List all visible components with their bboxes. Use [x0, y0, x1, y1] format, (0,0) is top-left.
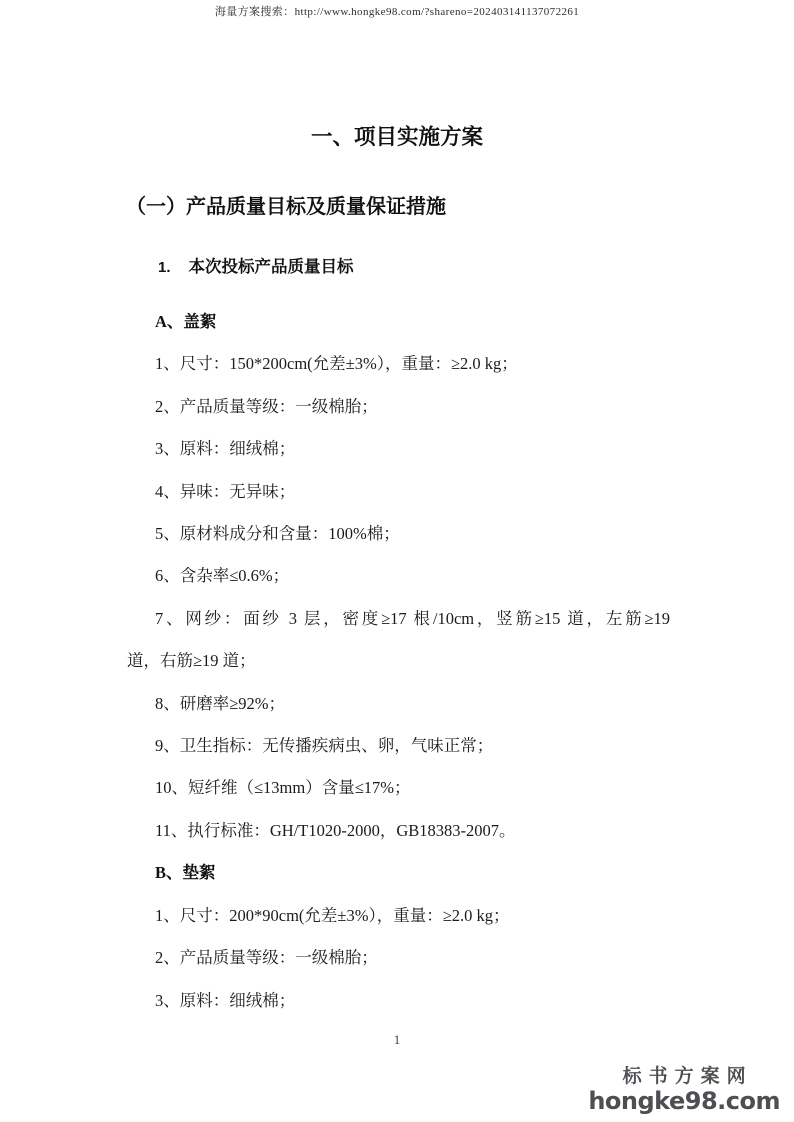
subsection-title: 本次投标产品质量目标 [189, 257, 354, 276]
spec-item-line: 3、原料：细绒棉； [127, 980, 670, 1022]
watermark-logo: 标书方案网 hongke98.com [588, 1065, 780, 1114]
header-source-link[interactable]: 海量方案搜索：http://www.hongke98.com/?shareno=… [215, 6, 579, 18]
spec-section-label: A、盖絮 [127, 301, 670, 343]
spec-item-line: 6、含杂率≤0.6%； [127, 555, 670, 597]
spec-item-line: 8、研磨率≥92%； [127, 683, 670, 725]
spec-item-line: 4、异味：无异味； [127, 471, 670, 513]
spec-item-line: 2、产品质量等级：一级棉胎； [127, 386, 670, 428]
watermark-site-name: 标书方案网 [588, 1065, 780, 1087]
subsection-number: 1. [158, 257, 171, 279]
watermark-site-domain: hongke98.com [588, 1088, 780, 1114]
spec-item-line: 5、原材料成分和含量：100%棉； [127, 513, 670, 555]
spec-item-line: 11、执行标准：GH/T1020-2000，GB18383-2007。 [127, 810, 670, 852]
spec-item-line: 3、原料：细绒棉； [127, 428, 670, 470]
spec-item-line: 7、网纱：面纱 3 层，密度≥17 根/10cm，竖筋≥15 道，左筋≥19 [127, 598, 670, 640]
page-number: 1 [0, 1032, 794, 1048]
spec-item-line: 10、短纤维（≤13mm）含量≤17%； [127, 767, 670, 809]
spec-item-line: 9、卫生指标：无传播疾病虫、卵，气味正常； [127, 725, 670, 767]
subsection-heading: 1.本次投标产品质量目标 [158, 256, 794, 279]
section-heading: （一）产品质量目标及质量保证措施 [126, 194, 794, 220]
spec-item-line: 1、尺寸：150*200cm(允差±3%），重量：≥2.0 kg； [127, 343, 670, 385]
document-header: 海量方案搜索：http://www.hongke98.com/?shareno=… [0, 0, 794, 20]
document-page: 海量方案搜索：http://www.hongke98.com/?shareno=… [0, 0, 794, 1122]
spec-section-label: B、垫絮 [127, 852, 670, 894]
spec-item-line: 道，右筋≥19 道； [127, 640, 670, 682]
spec-item-line: 1、尺寸：200*90cm(允差±3%），重量：≥2.0 kg； [127, 895, 670, 937]
document-title: 一、项目实施方案 [0, 124, 794, 150]
document-body: A、盖絮1、尺寸：150*200cm(允差±3%），重量：≥2.0 kg；2、产… [127, 301, 670, 1022]
spec-item-line: 2、产品质量等级：一级棉胎； [127, 937, 670, 979]
